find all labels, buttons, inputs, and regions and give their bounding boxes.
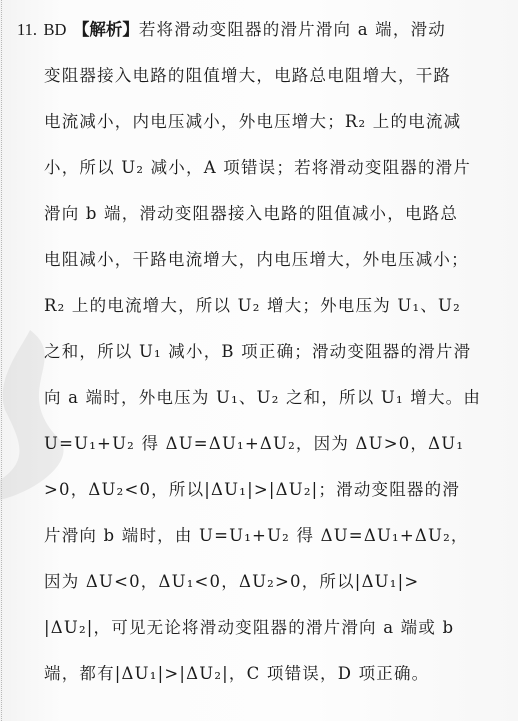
explanation-line-7: R₂ 上的电流增大，所以 U₂ 增大；外电压为 U₁、U₂ — [44, 292, 461, 316]
explanation-text: 若将滑动变阻器的滑片滑向 a 端，滑动 — [139, 20, 446, 39]
explanation-line-13: 因为 ΔU<0，ΔU₁<0，ΔU₂>0，所以|ΔU₁|> — [44, 568, 419, 592]
answer-choice: BD — [43, 20, 66, 39]
explanation-line-1: 11. BD 【解析】若将滑动变阻器的滑片滑向 a 端，滑动 — [17, 16, 446, 40]
explanation-line-6: 电阻减小，干路电流增大，内电压增大，外电压减小； — [44, 246, 469, 270]
document-page: 11. BD 【解析】若将滑动变阻器的滑片滑向 a 端，滑动 变阻器接入电路的阻… — [0, 0, 518, 721]
explanation-line-12: 片滑向 b 端时，由 U=U₁+U₂ 得 ΔU=ΔU₁+ΔU₂， — [44, 522, 469, 546]
explanation-line-14: |ΔU₂|，可见无论将滑动变阻器的滑片滑向 a 端或 b — [44, 614, 454, 638]
analysis-tag: 【解析】 — [73, 20, 139, 39]
explanation-line-3: 电流减小，内电压减小，外电压增大；R₂ 上的电流减 — [44, 108, 461, 132]
explanation-line-4: 小，所以 U₂ 减小，A 项错误；若将滑动变阻器的滑片 — [44, 154, 471, 178]
explanation-line-11: >0，ΔU₂<0，所以|ΔU₁|>|ΔU₂|；滑动变阻器的滑 — [44, 476, 460, 500]
question-number: 11. — [17, 20, 37, 39]
explanation-line-10: U=U₁+U₂ 得 ΔU=ΔU₁+ΔU₂，因为 ΔU>0，ΔU₁ — [44, 430, 464, 454]
explanation-line-5: 滑向 b 端，滑动变阻器接入电路的阻值减小，电路总 — [44, 200, 458, 224]
explanation-line-8: 之和，所以 U₁ 减小，B 项正确；滑动变阻器的滑片滑 — [44, 338, 471, 362]
explanation-line-9: 向 a 端时，外电压为 U₁、U₂ 之和，所以 U₁ 增大。由 — [44, 384, 481, 408]
explanation-line-15: 端，都有|ΔU₁|>|ΔU₂|，C 项错误，D 项正确。 — [44, 660, 429, 684]
explanation-line-2: 变阻器接入电路的阻值增大，电路总电阻增大，干路 — [44, 62, 451, 86]
